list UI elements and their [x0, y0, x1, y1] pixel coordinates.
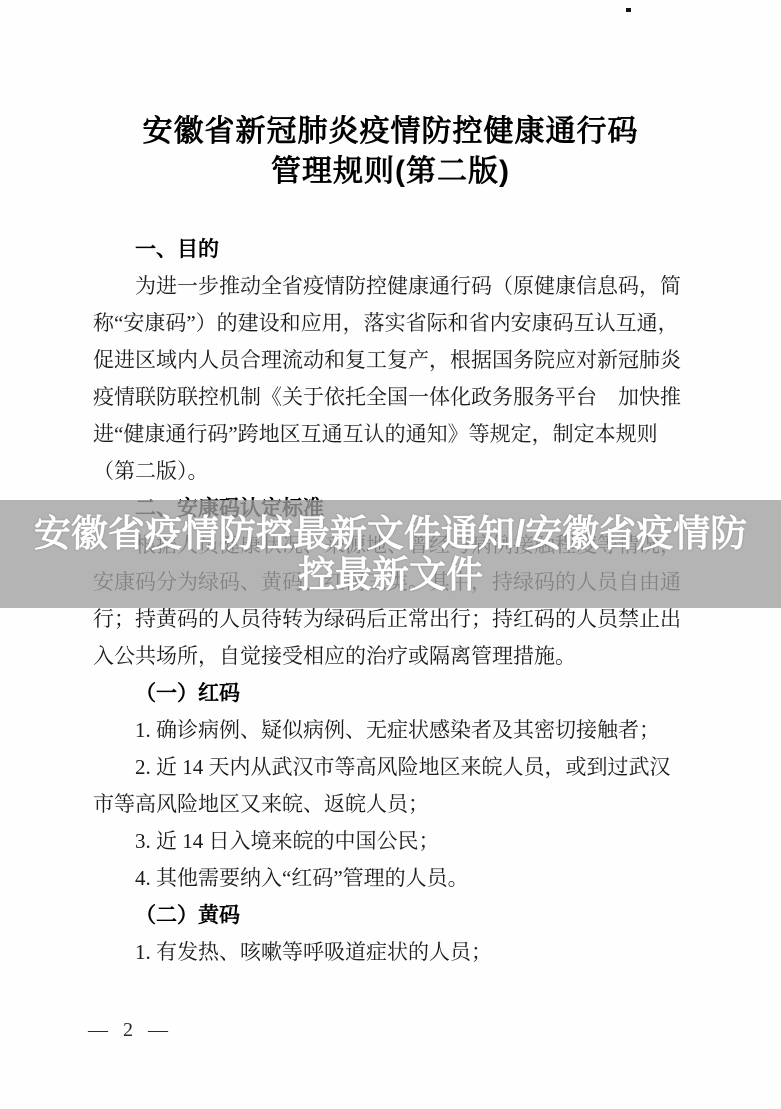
doc-line: 进“健康通行码”跨地区互通互认的通知》等规定，制定本规则: [93, 416, 693, 453]
doc-line: 入公共场所，自觉接受相应的治疗或隔离管理措施。: [93, 638, 693, 675]
watermark-line-1: 安徽省疫情防控最新文件通知/安徽省疫情防: [34, 513, 747, 554]
scan-artifact-dot: [626, 8, 631, 12]
subsection-heading: （一）红码: [93, 675, 693, 712]
doc-line: 称“安康码”）的建设和应用，落实省际和省内安康码互认互通，: [93, 305, 693, 342]
title-line-1: 安徽省新冠肺炎疫情防控健康通行码: [0, 112, 781, 152]
section-heading: 一、目的: [93, 231, 693, 268]
doc-line: 为进一步推动全省疫情防控健康通行码（原健康信息码，简: [93, 268, 693, 305]
doc-line: 2. 近 14 天内从武汉市等高风险地区来皖人员，或到过武汉: [93, 749, 693, 786]
doc-line: （第二版）。: [93, 453, 693, 490]
doc-line: 4. 其他需要纳入“红码”管理的人员。: [93, 860, 693, 897]
watermark-line-2: 控最新文件: [298, 554, 483, 595]
subsection-heading: （二）黄码: [93, 897, 693, 934]
title-line-2: 管理规则(第二版): [0, 152, 781, 192]
page-number: — 2 —: [88, 1019, 173, 1042]
doc-line: 市等高风险地区又来皖、返皖人员；: [93, 786, 693, 823]
doc-line: 1. 有发热、咳嗽等呼吸道症状的人员；: [93, 934, 693, 971]
doc-line: 疫情联防联控机制《关于依托全国一体化政务服务平台 加快推: [93, 379, 693, 416]
doc-line: 3. 近 14 日入境来皖的中国公民；: [93, 823, 693, 860]
doc-line: 1. 确诊病例、疑似病例、无症状感染者及其密切接触者；: [93, 712, 693, 749]
document-page: 安徽省新冠肺炎疫情防控健康通行码 管理规则(第二版) 一、目的 为进一步推动全省…: [0, 0, 781, 1109]
watermark-overlay: 安徽省疫情防控最新文件通知/安徽省疫情防 控最新文件: [0, 500, 781, 608]
doc-line: 促进区域内人员合理流动和复工复产，根据国务院应对新冠肺炎: [93, 342, 693, 379]
document-title: 安徽省新冠肺炎疫情防控健康通行码 管理规则(第二版): [0, 112, 781, 192]
